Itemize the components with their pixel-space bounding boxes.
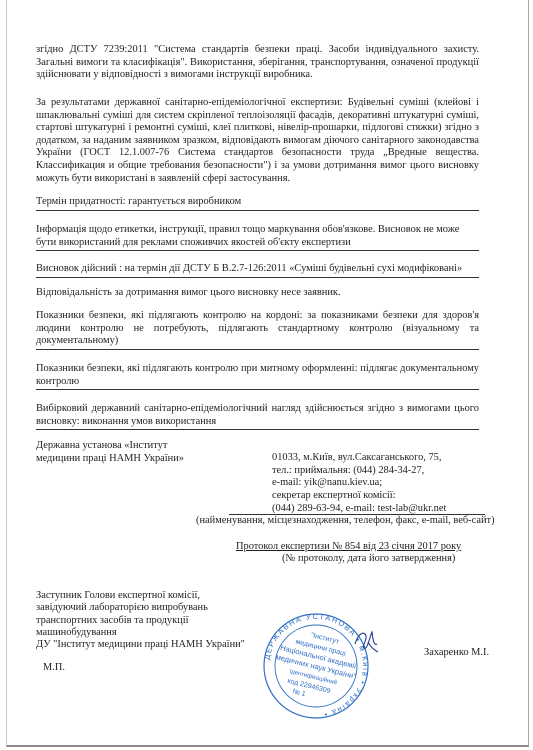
institution-email: e-mail: yik@nanu.kiev.ua;	[272, 477, 482, 490]
results-paragraph: За результатами державної санітарно-епід…	[36, 97, 479, 185]
validity: Висновок дійсний : на термін дії ДСТУ Б …	[36, 263, 479, 278]
contacts-caption: (найменування, місцезнаходження, телефон…	[196, 515, 495, 528]
supervision: Вибірковий державний санітарно-епідеміол…	[36, 403, 479, 430]
protocol-text: Протокол експертизи № 854 від 23 січня 2…	[236, 541, 461, 554]
institution-phone: тел.: приймальня: (044) 284-34-27,	[272, 465, 482, 478]
signatory-line1: Заступник Голови експертної комісії,	[36, 590, 296, 602]
intro-paragraph: згідно ДСТУ 7239:2011 "Система стандарті…	[36, 44, 479, 82]
labeling-info: Інформація щодо етикетки, інструкції, пр…	[36, 224, 479, 251]
customs-control: Показники безпеки, які підлягають контро…	[36, 363, 479, 390]
signatory-line4: машинобудування	[36, 627, 296, 639]
responsibility: Відповідальність за дотримання вимог цьо…	[36, 287, 479, 300]
signature-icon	[352, 626, 382, 656]
institution-name-line1: Державна установа «Інститут	[36, 440, 236, 453]
signatory-title: Заступник Голови експертної комісії, зав…	[36, 590, 296, 651]
shelf-life: Термін придатності: гарантується виробни…	[36, 196, 479, 211]
institution-address: 01033, м.Київ, вул.Саксаганського, 75,	[272, 452, 482, 465]
institution-name-line2: медицини праці НАМН України»	[36, 453, 236, 466]
border-control: Показники безпеки, які підлягають контро…	[36, 310, 479, 350]
signatory-line5: ДУ "Інститут медицини праці НАМН України…	[36, 639, 296, 651]
institution-contacts: 01033, м.Київ, вул.Саксаганського, 75, т…	[272, 452, 482, 516]
seal-place: М.П.	[43, 662, 65, 675]
stamp-line7: № 1	[292, 688, 307, 698]
signatory-line3: транспортних засобів та продукції	[36, 615, 296, 627]
signatory-name: Захаренко М.І.	[424, 647, 489, 660]
secretary-label: секретар експертної комісії:	[272, 490, 482, 503]
institution-name: Державна установа «Інститут медицини пра…	[36, 440, 236, 465]
signatory-line2: завідуючий лабораторією випробувань	[36, 602, 296, 614]
protocol-caption: (№ протоколу, дата його затвердження)	[282, 553, 455, 566]
